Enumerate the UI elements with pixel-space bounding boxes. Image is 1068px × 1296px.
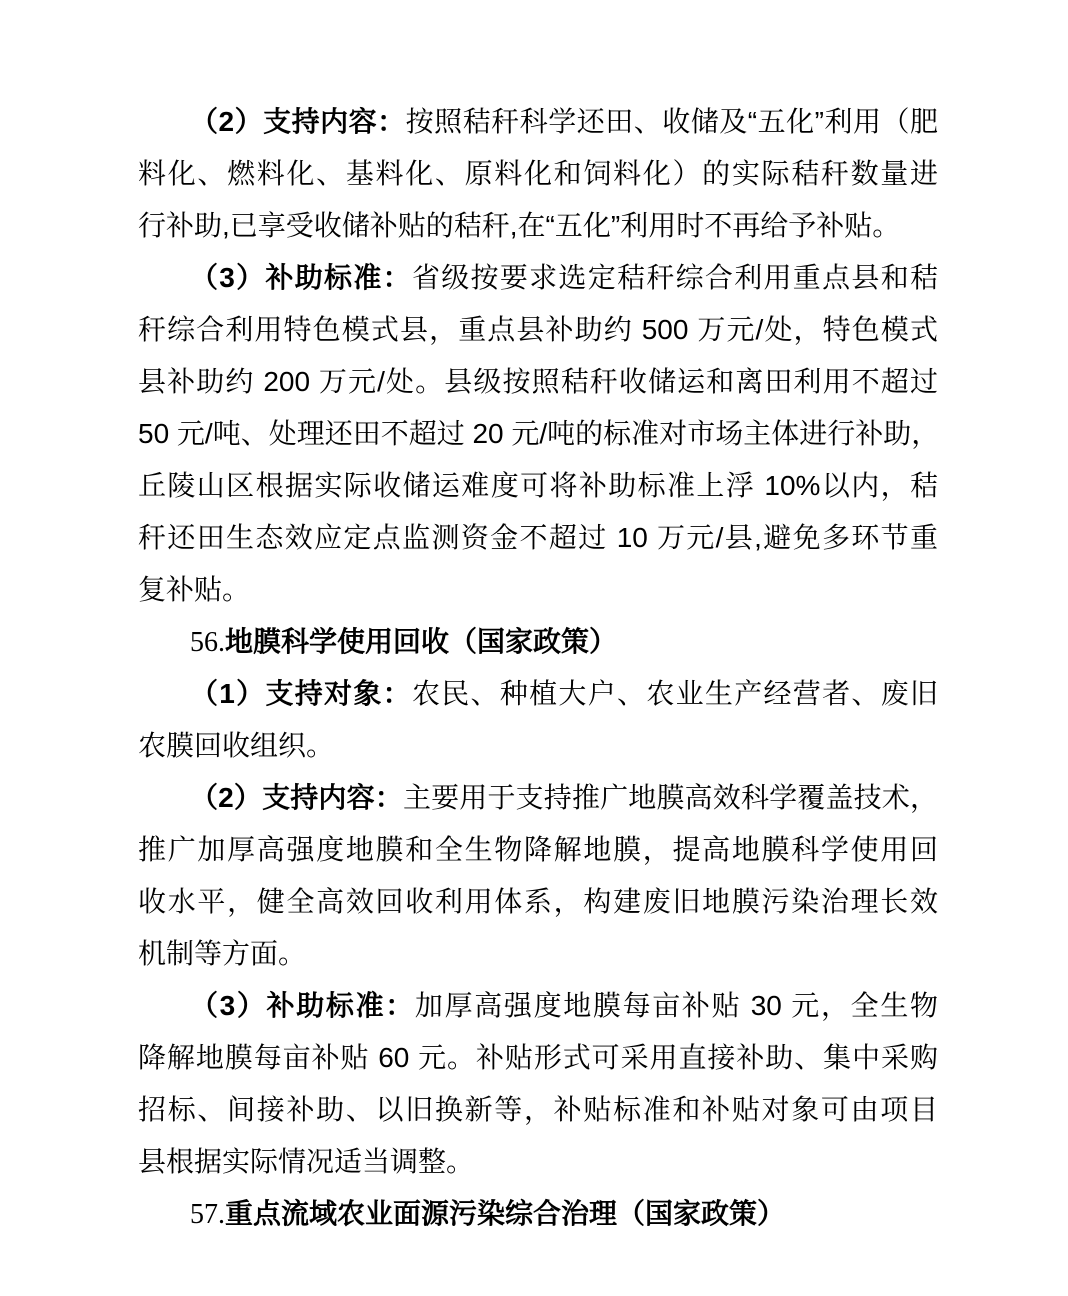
- heading-item-56: 56.地膜科学使用回收（国家政策）: [138, 616, 938, 668]
- text-line: 招标、间接补助、以旧换新等，补贴标准和补贴对象可由项目: [138, 1084, 938, 1136]
- para-mulch-support-target: （1）支持对象：农民、种植大户、农业生产经营者、废旧农膜回收组织。: [138, 668, 938, 772]
- line-text: 机制等方面。: [138, 938, 306, 969]
- line-text: 按照秸秆科学还田、收储及“五化”利用（肥: [406, 106, 938, 137]
- text-line: 县补助约 200 万元/处。县级按照秸秆收储运和离田利用不超过: [138, 356, 938, 408]
- line-text: 推广加厚高强度地膜和全生物降解地膜，提高地膜科学使用回: [138, 834, 938, 865]
- line-text: 降解地膜每亩补贴 60 元。补贴形式可采用直接补助、集中采购: [138, 1042, 938, 1073]
- paragraph-label: （3）补助标准：: [190, 262, 412, 293]
- text-line: （3）补助标准：加厚高强度地膜每亩补贴 30 元，全生物: [138, 980, 938, 1032]
- line-text: 收水平，健全高效回收利用体系，构建废旧地膜污染治理长效: [138, 886, 938, 917]
- para-straw-support-content: （2）支持内容：按照秸秆科学还田、收储及“五化”利用（肥料化、燃料化、基料化、原…: [138, 96, 938, 252]
- line-text: 县补助约 200 万元/处。县级按照秸秆收储运和离田利用不超过: [138, 366, 938, 397]
- text-line: 行补助,已享受收储补贴的秸秆,在“五化”利用时不再给予补贴。: [138, 200, 938, 252]
- line-text: 农膜回收组织。: [138, 730, 334, 761]
- text-line: 农膜回收组织。: [138, 720, 938, 772]
- paragraph-label: （3）补助标准：: [190, 990, 415, 1021]
- line-text: 县根据实际情况适当调整。: [138, 1146, 474, 1177]
- paragraph-label: （2）支持内容：: [190, 782, 403, 813]
- line-text: 农民、种植大户、农业生产经营者、废旧: [412, 678, 938, 709]
- heading-number: 57.: [190, 1199, 225, 1230]
- heading-label: 重点流域农业面源污染综合治理（国家政策）: [225, 1198, 785, 1229]
- text-line: 机制等方面。: [138, 928, 938, 980]
- line-text: 50 元/吨、处理还田不超过 20 元/吨的标准对市场主体进行补助，: [138, 418, 938, 449]
- line-text: 料化、燃料化、基料化、原料化和饲料化）的实际秸秆数量进: [138, 158, 938, 189]
- line-text: 省级按要求选定秸秆综合利用重点县和秸: [412, 262, 938, 293]
- heading-line: 56.地膜科学使用回收（国家政策）: [138, 616, 938, 668]
- text-line: 推广加厚高强度地膜和全生物降解地膜，提高地膜科学使用回: [138, 824, 938, 876]
- text-line: （2）支持内容：主要用于支持推广地膜高效科学覆盖技术，: [138, 772, 938, 824]
- line-text: 复补贴。: [138, 574, 250, 605]
- text-line: 50 元/吨、处理还田不超过 20 元/吨的标准对市场主体进行补助，: [138, 408, 938, 460]
- text-line: 收水平，健全高效回收利用体系，构建废旧地膜污染治理长效: [138, 876, 938, 928]
- line-text: 秆综合利用特色模式县，重点县补助约 500 万元/处，特色模式: [138, 314, 938, 345]
- paragraph-label: （2）支持内容：: [190, 106, 406, 137]
- line-text: 秆还田生态效应定点监测资金不超过 10 万元/县,避免多环节重: [138, 522, 938, 553]
- text-line: 料化、燃料化、基料化、原料化和饲料化）的实际秸秆数量进: [138, 148, 938, 200]
- paragraph-label: （1）支持对象：: [190, 678, 412, 709]
- text-line: 秆综合利用特色模式县，重点县补助约 500 万元/处，特色模式: [138, 304, 938, 356]
- line-text: 主要用于支持推广地膜高效科学覆盖技术，: [403, 782, 938, 813]
- text-line: 降解地膜每亩补贴 60 元。补贴形式可采用直接补助、集中采购: [138, 1032, 938, 1084]
- heading-number: 56.: [190, 627, 225, 658]
- text-line: （3）补助标准：省级按要求选定秸秆综合利用重点县和秸: [138, 252, 938, 304]
- text-line: 丘陵山区根据实际收储运难度可将补助标准上浮 10%以内，秸: [138, 460, 938, 512]
- para-straw-subsidy-standard: （3）补助标准：省级按要求选定秸秆综合利用重点县和秸秆综合利用特色模式县，重点县…: [138, 252, 938, 616]
- heading-item-57: 57.重点流域农业面源污染综合治理（国家政策）: [138, 1188, 938, 1240]
- text-line: 复补贴。: [138, 564, 938, 616]
- heading-label: 地膜科学使用回收（国家政策）: [225, 626, 617, 657]
- text-line: （2）支持内容：按照秸秆科学还田、收储及“五化”利用（肥: [138, 96, 938, 148]
- text-line: 县根据实际情况适当调整。: [138, 1136, 938, 1188]
- para-mulch-support-content: （2）支持内容：主要用于支持推广地膜高效科学覆盖技术，推广加厚高强度地膜和全生物…: [138, 772, 938, 980]
- line-text: 丘陵山区根据实际收储运难度可将补助标准上浮 10%以内，秸: [138, 470, 938, 501]
- document-body: （2）支持内容：按照秸秆科学还田、收储及“五化”利用（肥料化、燃料化、基料化、原…: [138, 96, 938, 1240]
- line-text: 招标、间接补助、以旧换新等，补贴标准和补贴对象可由项目: [138, 1094, 938, 1125]
- line-text: 行补助,已享受收储补贴的秸秆,在“五化”利用时不再给予补贴。: [138, 210, 900, 241]
- heading-line: 57.重点流域农业面源污染综合治理（国家政策）: [138, 1188, 938, 1240]
- document-page: （2）支持内容：按照秸秆科学还田、收储及“五化”利用（肥料化、燃料化、基料化、原…: [0, 0, 1068, 1296]
- line-text: 加厚高强度地膜每亩补贴 30 元，全生物: [415, 990, 938, 1021]
- text-line: 秆还田生态效应定点监测资金不超过 10 万元/县,避免多环节重: [138, 512, 938, 564]
- text-line: （1）支持对象：农民、种植大户、农业生产经营者、废旧: [138, 668, 938, 720]
- para-mulch-subsidy-standard: （3）补助标准：加厚高强度地膜每亩补贴 30 元，全生物降解地膜每亩补贴 60 …: [138, 980, 938, 1188]
